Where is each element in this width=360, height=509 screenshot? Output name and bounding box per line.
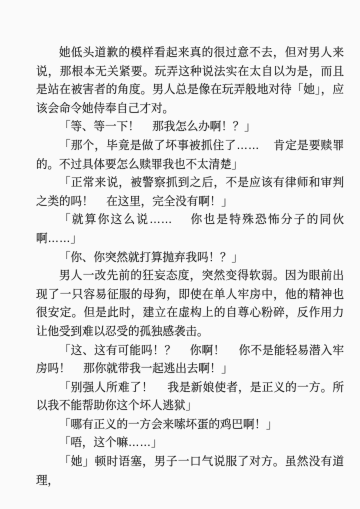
paragraph-dialogue: 「你、你突然就打算抛弃我吗！？」	[36, 249, 344, 268]
paragraph-dialogue: 「正常来说，被警察抓到之后，不是应该有律师和审判之类的吗！ 在这里，完全没有啊！…	[36, 174, 344, 211]
paragraph-narration: 她低头道歉的模样看起来真的很过意不去，但对男人来说，那根本无关紧要。玩弄这种说法…	[36, 44, 344, 118]
paragraph-dialogue: 「就算你这么说…… 你也是特殊恐怖分子的同伙啊……」	[36, 211, 344, 248]
paragraph-narration: 男人一改先前的狂妄态度，突然变得软弱。因为眼前出现了一只容易征服的母狗，即使在单…	[36, 267, 344, 341]
paragraph-dialogue: 「唔，这个嘛……」	[36, 434, 344, 453]
novel-page: 她低头道歉的模样看起来真的很过意不去，但对男人来说，那根本无关紧要。玩弄这种说法…	[0, 0, 360, 509]
paragraph-dialogue: 「那个，毕竟是做了坏事被抓住了…… 肯定是要赎罪的。不过具体要怎么赎罪我也不太清…	[36, 137, 344, 174]
paragraph-dialogue: 「这、这有可能吗！？ 你啊！ 你不是能轻易潜入牢房吗！ 那你就带我一起逃出去啊！…	[36, 342, 344, 379]
paragraph-dialogue: 「哪有正义的一方会来嗦坏蛋的鸡巴啊！」	[36, 416, 344, 435]
novel-text-block: 她低头道歉的模样看起来真的很过意不去，但对男人来说，那根本无关紧要。玩弄这种说法…	[36, 44, 344, 490]
paragraph-dialogue: 「等、等一下！ 那我怎么办啊！？」	[36, 118, 344, 137]
paragraph-narration: 「她」顿时语塞，男子一口气说服了对方。虽然没有道理，	[36, 453, 344, 490]
paragraph-dialogue: 「别强人所难了！ 我是新娘使者，是正义的一方。所以我不能帮助你这个坏人逃狱」	[36, 379, 344, 416]
